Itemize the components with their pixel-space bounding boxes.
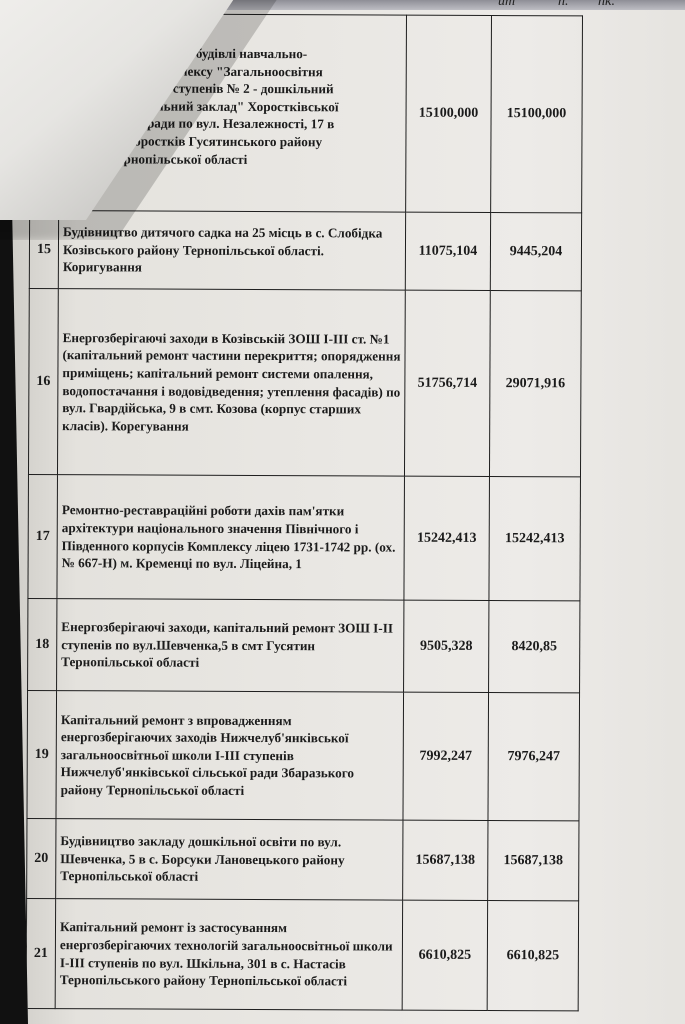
header-fragment: ит: [498, 0, 515, 10]
header-fragment: пк.: [598, 0, 615, 10]
row-value-total: 11075,104: [405, 212, 490, 290]
row-description: Будівництво закладу дошкільної освіти по…: [56, 819, 403, 901]
row-description: Капітальний ремонт із застосуванням енер…: [55, 899, 402, 1011]
table-row: 20 Будівництво закладу дошкільної освіти…: [27, 818, 579, 900]
table-row: 19 Капітальний ремонт з впровадженням ен…: [27, 690, 580, 820]
table-row: 18 Енергозберігаючі заходи, капітальний …: [28, 598, 580, 692]
row-description: Енергозберігаючі заходи, капітальний рем…: [57, 599, 404, 693]
row-number: 19: [27, 690, 57, 818]
row-number: 17: [28, 474, 58, 598]
row-description: Енергозберігаючі заходи в Козівській ЗОШ…: [57, 289, 405, 477]
row-value-total: 15242,413: [404, 476, 490, 600]
row-value-year: 8420,85: [489, 601, 580, 693]
row-value-year: 29071,916: [489, 291, 581, 477]
row-description: Капітальний ремонт з впровадженням енерг…: [56, 691, 404, 821]
table-row: 17 Ремонтно-реставраційні роботи дахів п…: [28, 474, 581, 600]
row-value-total: 15100,000: [406, 15, 492, 212]
row-number: 16: [28, 288, 58, 474]
row-value-year: 7976,247: [488, 693, 580, 821]
row-value-year: 15242,413: [489, 477, 581, 601]
table-row: 21 Капітальний ремонт із застосуванням е…: [26, 898, 578, 1010]
header-fragment: п.: [558, 0, 569, 10]
table-row: 16 Енергозберігаючі заходи в Козівській …: [28, 288, 581, 476]
row-value-year: 6610,825: [487, 901, 578, 1011]
row-value-year: 15100,000: [491, 16, 583, 213]
row-value-total: 7992,247: [403, 692, 489, 820]
row-value-total: 6610,825: [402, 900, 487, 1010]
row-number: 20: [27, 818, 56, 898]
row-value-total: 51756,714: [404, 290, 490, 476]
row-value-total: 15687,138: [403, 820, 488, 900]
row-number: 18: [28, 598, 57, 690]
row-number: 21: [26, 898, 55, 1008]
row-description: Ремонтно-реставраційні роботи дахів пам'…: [57, 475, 405, 601]
row-value-year: 15687,138: [488, 821, 579, 901]
row-value-total: 9505,328: [404, 600, 489, 692]
row-value-year: 9445,204: [490, 213, 581, 291]
